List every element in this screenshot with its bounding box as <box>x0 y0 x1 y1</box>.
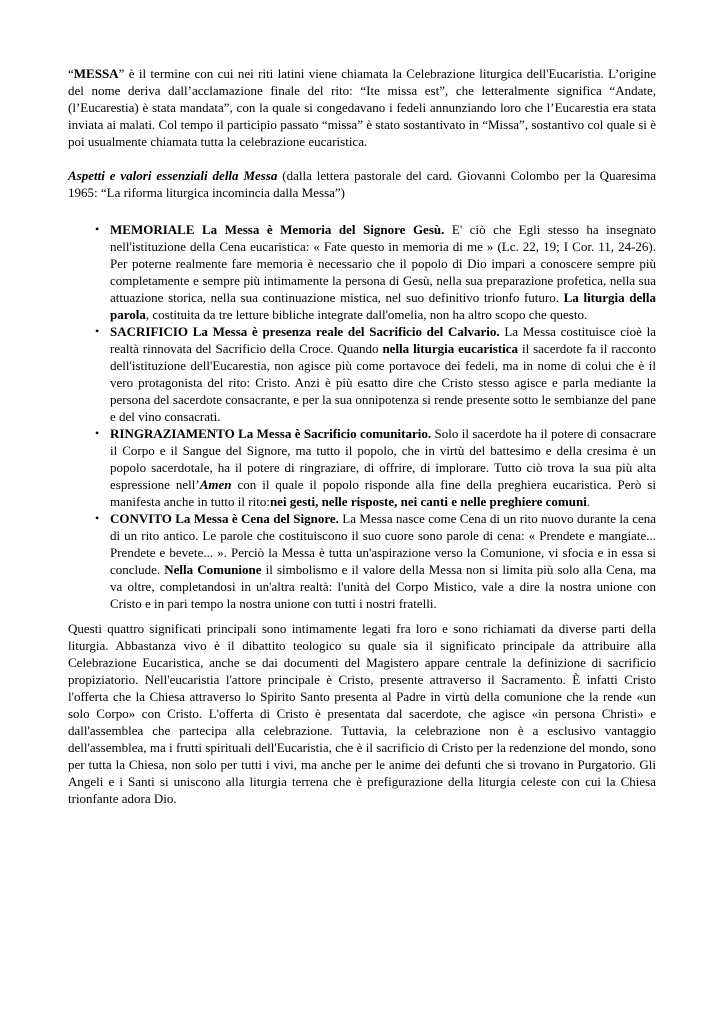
list-item-convito: •CONVITO La Messa è Cena del Signore. La… <box>68 510 656 612</box>
bullet-memoriale-text-3: , costituita da tre letture bibliche int… <box>146 307 587 322</box>
bullet-icon: • <box>95 221 99 238</box>
bullet-icon: • <box>95 425 99 442</box>
document-content: “MESSA” è il termine con cui nei riti la… <box>68 65 656 807</box>
bullet-list: •MEMORIALE La Messa è Memoria del Signor… <box>68 221 656 612</box>
bullet-icon: • <box>95 510 99 527</box>
bullet-ringraziamento-bold-4: nei gesti, nelle risposte, nei canti e n… <box>270 494 587 509</box>
bullet-ringraziamento-text-5: . <box>587 494 590 509</box>
bullet-sacrificio-title: SACRIFICIO La Messa è presenza reale del… <box>110 324 500 339</box>
bullet-convito-title: CONVITO La Messa è Cena del Signore. <box>110 511 339 526</box>
bullet-convito-bold-2: Nella Comunione <box>164 562 261 577</box>
list-item-ringraziamento: •RINGRAZIAMENTO La Messa è Sacrificio co… <box>68 425 656 510</box>
intro-lead-word: MESSA <box>74 66 119 81</box>
bullet-ringraziamento-amen: Amen <box>200 477 232 492</box>
bullet-icon: • <box>95 323 99 340</box>
intro-paragraph: “MESSA” è il termine con cui nei riti la… <box>68 65 656 150</box>
closing-paragraph: Questi quattro significati principali so… <box>68 620 656 807</box>
bullet-memoriale-title: MEMORIALE La Messa è Memoria del Signore… <box>110 222 444 237</box>
bullet-ringraziamento-title: RINGRAZIAMENTO La Messa è Sacrificio com… <box>110 426 431 441</box>
subtitle-title: Aspetti e valori essenziali della Messa <box>68 168 277 183</box>
list-item-sacrificio: •SACRIFICIO La Messa è presenza reale de… <box>68 323 656 425</box>
bullet-sacrificio-bold-2: nella liturgia eucaristica <box>382 341 518 356</box>
intro-body-text: ” è il termine con cui nei riti latini v… <box>68 66 656 149</box>
document-page: “MESSA” è il termine con cui nei riti la… <box>0 0 724 1024</box>
subtitle-paragraph: Aspetti e valori essenziali della Messa … <box>68 167 656 201</box>
list-item-memoriale: •MEMORIALE La Messa è Memoria del Signor… <box>68 221 656 323</box>
